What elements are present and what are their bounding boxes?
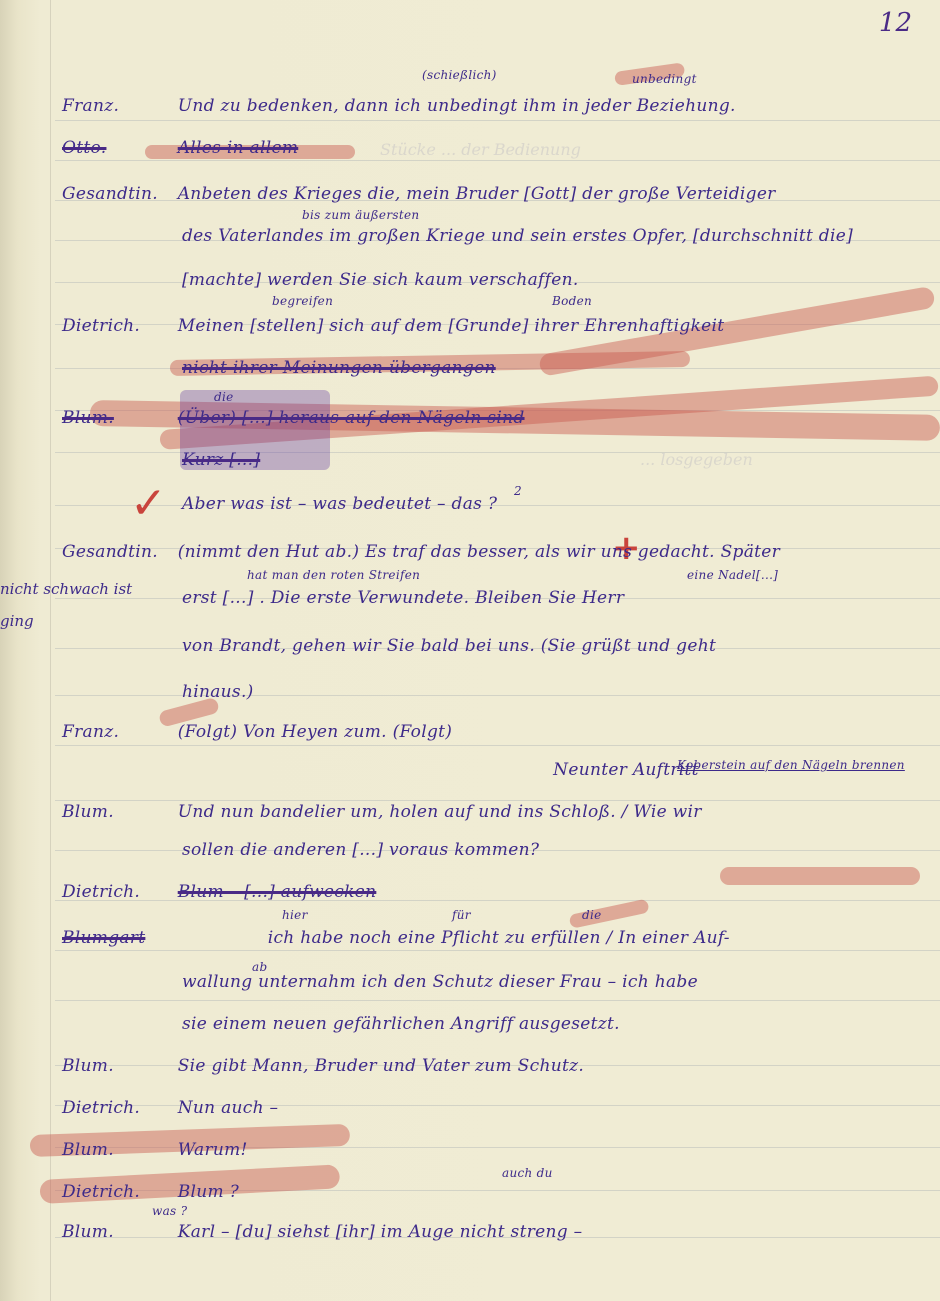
ruled-line: [55, 120, 940, 121]
manuscript-line: hier für die Blumgart ich habe noch eine…: [62, 928, 930, 948]
interlinear-insertion: auch du: [502, 1166, 553, 1180]
line-text: (nimmt den Hut ab.) Es traf das besser, …: [178, 542, 780, 562]
page-number: 12: [879, 8, 912, 38]
line-text: Anbeten des Krieges die, mein Bruder [Go…: [178, 184, 776, 204]
line-text: wallung unternahm ich den Schutz dieser …: [182, 972, 698, 992]
manuscript-line: Blum. Warum!: [62, 1140, 930, 1160]
manuscript-line: Blum. Sie gibt Mann, Bruder und Vater zu…: [62, 1056, 930, 1076]
line-text: Warum!: [178, 1140, 248, 1160]
line-text: von Brandt, gehen wir Sie bald bei uns. …: [182, 636, 716, 656]
line-text: Und nun bandelier um, holen auf und ins …: [178, 802, 702, 822]
interlinear-insertion: hier: [282, 908, 308, 922]
speaker-name: Dietrich.: [62, 882, 172, 902]
margin-note: ging: [0, 612, 34, 630]
manuscript-line: bis zum äußersten des Vaterlandes im gro…: [62, 226, 930, 246]
line-text: Nun auch –: [178, 1098, 279, 1118]
interlinear-insertion: die: [214, 390, 234, 404]
manuscript-line: Otto. Alles in allem: [62, 138, 930, 158]
interlinear-insertion: eine Nadel[...]: [687, 568, 778, 582]
manuscript-line: begreifen Boden Dietrich. Meinen [stelle…: [62, 316, 930, 336]
interlinear-insertion: (schießlich): [422, 68, 497, 82]
manuscript-line: Aber was ist – was bedeutet – das ? 2: [62, 494, 930, 514]
interlinear-insertion: was ?: [152, 1204, 187, 1218]
line-text: sie einem neuen gefährlichen Angriff aus…: [182, 1014, 620, 1034]
speaker-name: Blum.: [62, 1222, 172, 1242]
speaker-name: Blum.: [62, 1056, 172, 1076]
interlinear-insertion: 2: [514, 484, 522, 498]
interlinear-insertion: die: [582, 908, 602, 922]
line-text: Sie gibt Mann, Bruder und Vater zum Schu…: [178, 1056, 584, 1076]
line-text-struck: (Über) [...] heraus auf den Nägeln sind: [178, 408, 525, 428]
manuscript-line: die Blum. (Über) [...] heraus auf den Nä…: [62, 408, 930, 428]
manuscript-line: was ? Blum. Karl – [du] siehst [ihr] im …: [62, 1222, 930, 1242]
speaker-name: Dietrich.: [62, 1182, 172, 1202]
interlinear-insertion: Boden: [552, 294, 592, 308]
speaker-name: Otto.: [62, 138, 172, 158]
line-text-struck: Alles in allem: [178, 138, 299, 158]
scene-heading: Neunter Auftritt Koberstein auf den Näge…: [62, 760, 930, 780]
margin-line: [50, 0, 51, 1301]
interlinear-insertion: unbedingt: [632, 72, 697, 86]
line-text-struck: nicht ihrer Meinungen übergangen: [182, 358, 496, 378]
manuscript-page: Stücke ... der Bedienung ... losgegeben …: [0, 0, 940, 1301]
speaker-name: Blum.: [62, 408, 172, 428]
ruled-line: [55, 160, 940, 161]
line-text: Und zu bedenken, dann ich unbedingt ihm …: [178, 96, 736, 116]
line-text: Meinen [stellen] sich auf dem [Grunde] i…: [178, 316, 725, 336]
manuscript-line: Dietrich. Nun auch –: [62, 1098, 930, 1118]
line-text-struck: Blum – [...] aufwecken: [178, 882, 377, 902]
line-text: Blum ?: [178, 1182, 239, 1202]
interlinear-insertion: hat man den roten Streifen: [247, 568, 420, 582]
line-text: Aber was ist – was bedeutet – das ?: [182, 494, 497, 514]
manuscript-line: [machte] werden Sie sich kaum verschaffe…: [62, 270, 930, 290]
manuscript-line: Gesandtin. Anbeten des Krieges die, mein…: [62, 184, 930, 204]
line-text: sollen die anderen [...] voraus kommen?: [182, 840, 539, 860]
line-text: des Vaterlandes im großen Kriege und sei…: [182, 226, 853, 246]
speaker-name: Blum.: [62, 1140, 172, 1160]
manuscript-line: Dietrich. Blum – [...] aufwecken: [62, 882, 930, 902]
red-pencil-mark: [569, 899, 650, 929]
manuscript-line: hat man den roten Streifen eine Nadel[..…: [62, 588, 930, 608]
ruled-line: [55, 800, 940, 801]
manuscript-line: Franz. (Folgt) Von Heyen zum. (Folgt): [62, 722, 930, 742]
line-text: erst [...] . Die erste Verwundete. Bleib…: [182, 588, 624, 608]
line-text: (Folgt) Von Heyen zum. (Folgt): [178, 722, 452, 742]
interlinear-insertion: bis zum äußersten: [302, 208, 419, 222]
manuscript-line: sie einem neuen gefährlichen Angriff aus…: [62, 1014, 930, 1034]
ruled-line: [55, 745, 940, 746]
manuscript-line: Blum. Und nun bandelier um, holen auf un…: [62, 802, 930, 822]
speaker-name: Dietrich.: [62, 1098, 172, 1118]
ruled-line: [55, 1000, 940, 1001]
line-text: Karl – [du] siehst [ihr] im Auge nicht s…: [178, 1222, 583, 1242]
interlinear-insertion: für: [452, 908, 471, 922]
manuscript-line: hinaus.): [62, 682, 930, 702]
manuscript-line: (schießlich) unbedingt Franz. Und zu bed…: [62, 96, 930, 116]
manuscript-line: von Brandt, gehen wir Sie bald bei uns. …: [62, 636, 930, 656]
interlinear-insertion: Koberstein auf den Nägeln brennen: [677, 758, 905, 772]
speaker-name: Dietrich.: [62, 316, 172, 336]
manuscript-line: sollen die anderen [...] voraus kommen?: [62, 840, 930, 860]
manuscript-line: nicht ihrer Meinungen übergangen: [62, 358, 930, 378]
interlinear-insertion: ab: [252, 960, 267, 974]
line-text: ich habe noch eine Pflicht zu erfüllen /…: [268, 928, 730, 948]
line-text: hinaus.): [182, 682, 254, 702]
manuscript-line: auch du Dietrich. Blum ?: [62, 1182, 930, 1202]
line-text: [machte] werden Sie sich kaum verschaffe…: [182, 270, 579, 290]
speaker-name: Franz.: [62, 722, 172, 742]
speaker-name: Franz.: [62, 96, 172, 116]
manuscript-line: ab wallung unternahm ich den Schutz dies…: [62, 972, 930, 992]
manuscript-line: Kurz [...]: [62, 450, 930, 470]
speaker-name: Gesandtin.: [62, 184, 172, 204]
speaker-name: Blumgart: [62, 928, 262, 948]
speaker-name: Gesandtin.: [62, 542, 172, 562]
line-text-struck: Kurz [...]: [182, 450, 260, 470]
speaker-name: Blum.: [62, 802, 172, 822]
interlinear-insertion: begreifen: [272, 294, 333, 308]
ruled-line: [55, 950, 940, 951]
manuscript-line: Gesandtin. (nimmt den Hut ab.) Es traf d…: [62, 542, 930, 562]
